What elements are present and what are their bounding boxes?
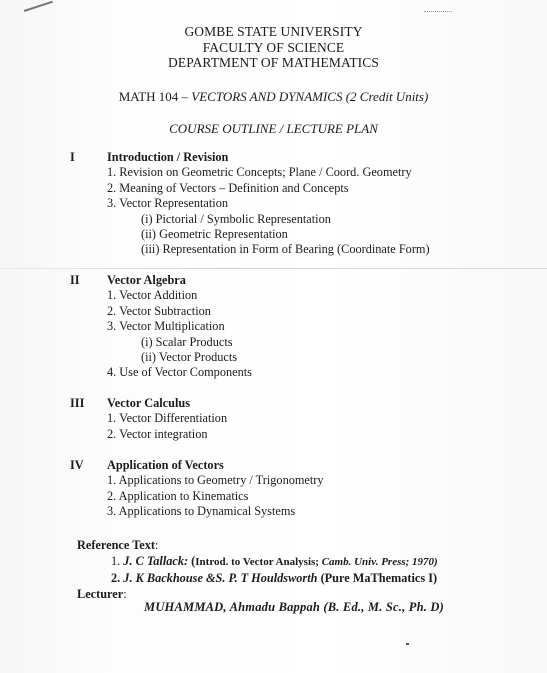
- reference-item: 1. J. C Tallack: (Introd. to Vector Anal…: [77, 553, 438, 570]
- section-title: Vector Algebra: [107, 273, 252, 288]
- document-page: GOMBE STATE UNIVERSITY FACULTY OF SCIENC…: [0, 0, 547, 673]
- university-name: GOMBE STATE UNIVERSITY: [0, 24, 547, 40]
- sub-item: (ii) Geometric Representation: [107, 227, 430, 242]
- lecturer-name: MUHAMMAD, Ahmadu Bappah (B. Ed., M. Sc.,…: [144, 600, 444, 615]
- list-item: 1. Applications to Geometry / Trigonomet…: [107, 473, 324, 488]
- references-block: Reference Text: 1. J. C Tallack: (Introd…: [77, 537, 438, 602]
- sub-item: (i) Pictorial / Symbolic Representation: [107, 212, 430, 227]
- list-item: 1. Vector Differentiation: [107, 411, 227, 426]
- list-item: 1. Revision on Geometric Concepts; Plane…: [107, 165, 430, 180]
- list-item: 3. Vector Representation: [107, 196, 430, 211]
- sub-item: (i) Scalar Products: [107, 335, 252, 350]
- list-item: 2. Vector integration: [107, 427, 227, 442]
- reference-item: 2. J. K Backhouse &S. P. T Houldsworth (…: [77, 570, 438, 586]
- list-item: 4. Use of Vector Components: [107, 365, 252, 380]
- list-item: 2. Meaning of Vectors – Definition and C…: [107, 181, 430, 196]
- list-item: 2. Application to Kinematics: [107, 489, 324, 504]
- list-item: 1. Vector Addition: [107, 288, 252, 303]
- section-title: Introduction / Revision: [107, 150, 430, 165]
- paper-fold-line: [0, 268, 547, 269]
- section-title: Vector Calculus: [107, 396, 227, 411]
- list-item: 2. Vector Subtraction: [107, 304, 252, 319]
- pen-mark: [24, 1, 53, 12]
- list-item: 3. Applications to Dynamical Systems: [107, 504, 324, 519]
- section-title: Application of Vectors: [107, 458, 324, 473]
- course-title: VECTORS AND DYNAMICS (2 Credit Units): [191, 89, 428, 104]
- section-numeral: I: [70, 150, 75, 165]
- document-header: GOMBE STATE UNIVERSITY FACULTY OF SCIENC…: [0, 24, 547, 71]
- plan-title: COURSE OUTLINE / LECTURE PLAN: [0, 121, 547, 137]
- section-numeral: II: [70, 273, 80, 288]
- course-code: MATH 104 –: [119, 89, 192, 104]
- course-heading: MATH 104 – VECTORS AND DYNAMICS (2 Credi…: [0, 89, 547, 105]
- section-numeral: III: [70, 396, 84, 411]
- sub-item: (iii) Representation in Form of Bearing …: [107, 242, 430, 257]
- sub-item: (ii) Vector Products: [107, 350, 252, 365]
- scan-speck: [406, 643, 409, 645]
- department-name: DEPARTMENT OF MATHEMATICS: [0, 55, 547, 71]
- scan-smudge: [424, 11, 452, 13]
- references-heading: Reference Text:: [77, 537, 438, 553]
- section-numeral: IV: [70, 458, 84, 473]
- faculty-name: FACULTY OF SCIENCE: [0, 40, 547, 56]
- list-item: 3. Vector Multiplication: [107, 319, 252, 334]
